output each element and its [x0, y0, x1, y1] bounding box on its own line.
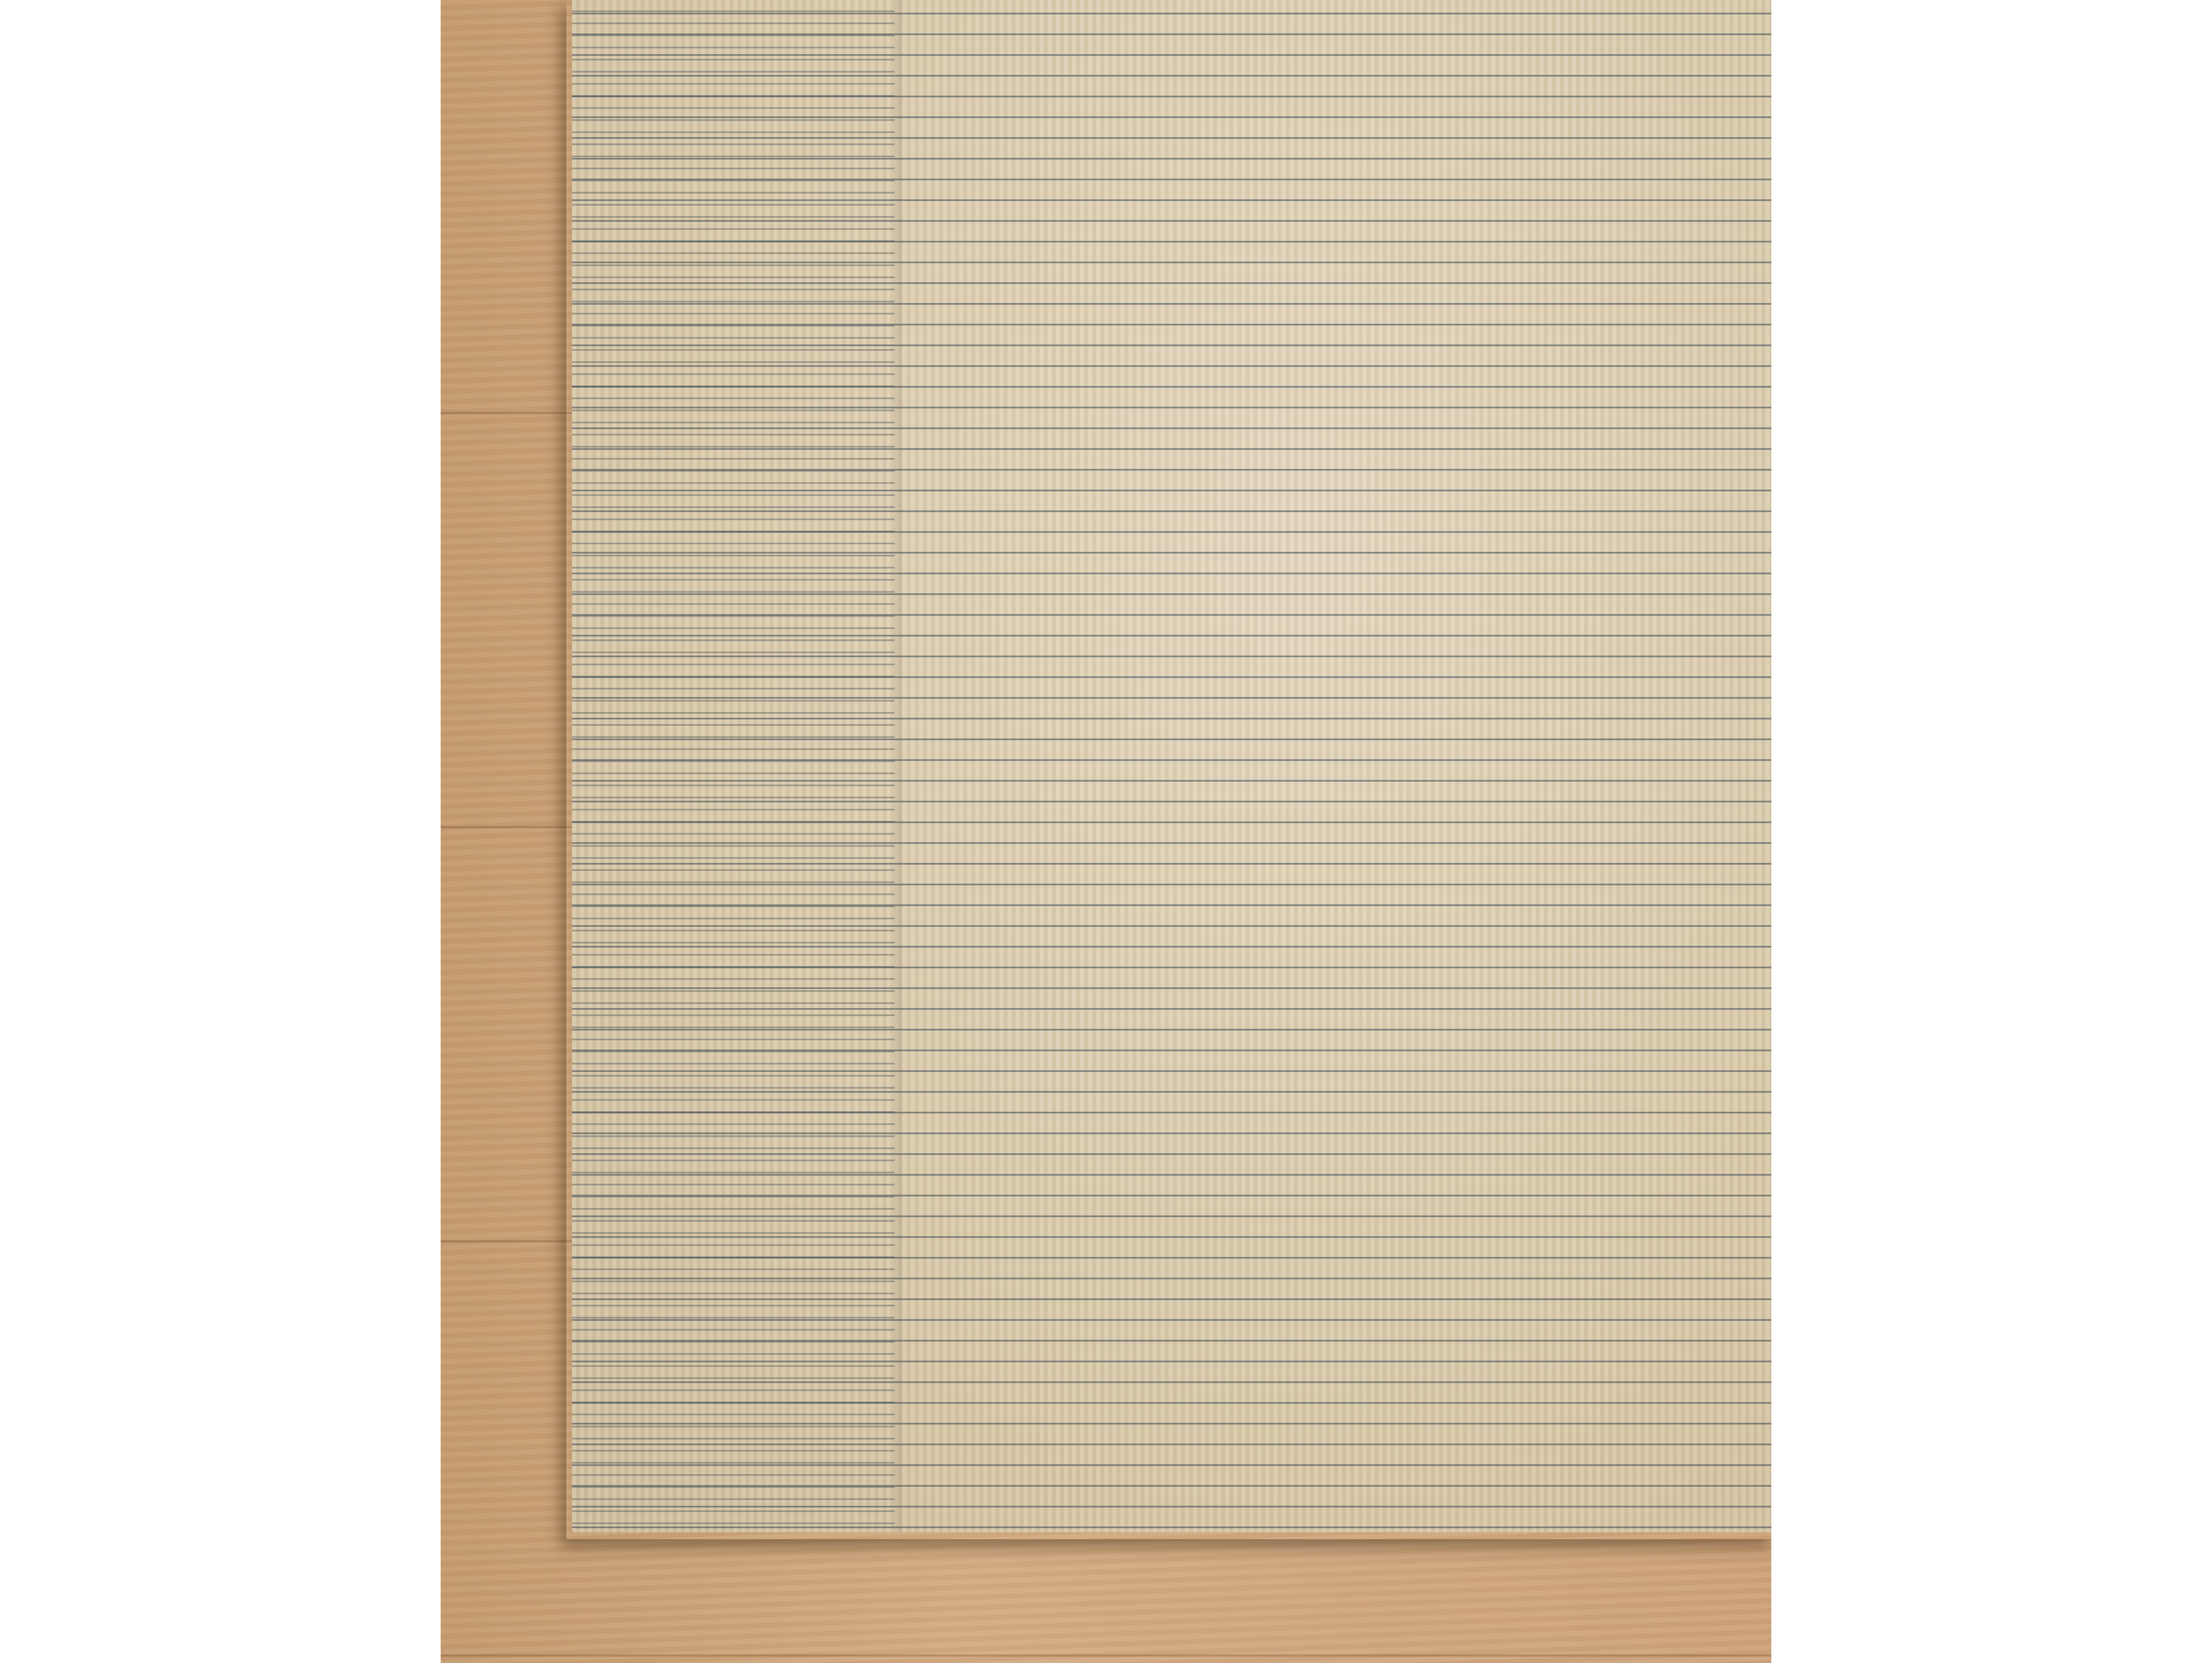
rug-corner: [572, 0, 1771, 1532]
product-photo: Close-up product photo of the corner of …: [441, 0, 1771, 1663]
